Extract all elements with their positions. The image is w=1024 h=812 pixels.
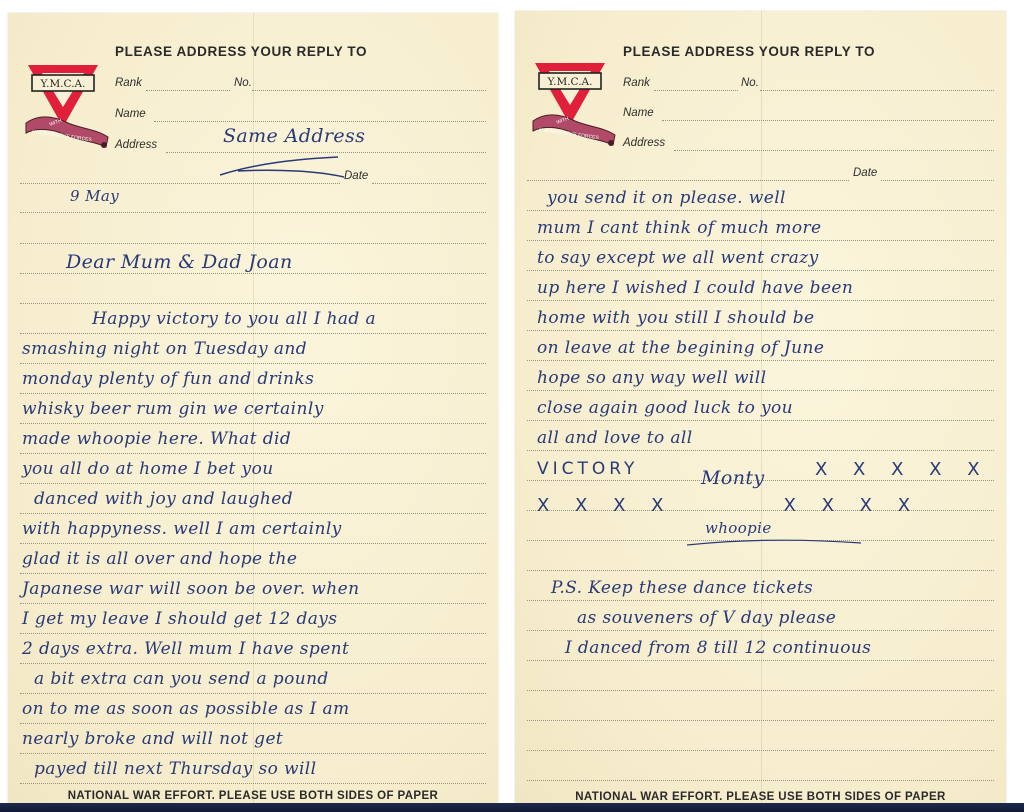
salutation: Dear Mum & Dad Joan [66,251,498,273]
rule-line [20,183,340,184]
body-line: hope so any way well will [537,368,1006,388]
address-value: Same Address [223,125,498,147]
body-line: I get my leave I should get 12 days [22,609,498,629]
body-line: Japanese war will soon be over. when [22,579,498,599]
rank-field [146,90,230,91]
footer-note: NATIONAL WAR EFFORT. PLEASE USE BOTH SID… [8,790,498,802]
name-label: Name [623,107,654,119]
rule-line [527,180,849,181]
postscript-line: I danced from 8 till 12 continuous [565,638,1006,658]
number-field [252,90,486,91]
number-label: No. [741,77,759,89]
body-line: up here I wished I could have been [537,278,1006,298]
body-line: you all do at home I bet you [22,459,498,479]
body-line: whisky beer rum gin we certainly [22,399,498,419]
kisses-row-1: X X X X X [815,459,990,480]
rank-label: Rank [623,77,650,89]
date-field [881,180,994,181]
body-line: to say except we all went crazy [537,248,1006,268]
letter-sheet-left: Y.M.C.A. WITH H.M.MAJESTY'S FORCES PLEAS… [8,13,498,803]
body-line: Happy victory to you all I had a [92,309,498,329]
address-label: Address [623,137,665,149]
body-line: glad it is all over and hope the [22,549,498,569]
date-value: 9 May [70,187,498,205]
body-line: mum I cant think of much more [537,218,1006,238]
rule-line [20,212,486,213]
form-header-title: PLEASE ADDRESS YOUR REPLY TO [623,44,875,59]
address-label: Address [115,139,157,151]
svg-text:Y.M.C.A.: Y.M.C.A. [40,78,86,90]
body-line: close again good luck to you [537,398,1006,418]
postscript-line: P.S. Keep these dance tickets [551,578,1006,598]
rank-label: Rank [115,77,142,89]
underline-stroke [685,537,865,547]
body-line: made whoopie here. What did [22,429,498,449]
name-label: Name [115,108,146,120]
ymca-logo-icon: Y.M.C.A. WITH H.M.MAJESTY'S FORCES [20,61,112,153]
number-label: No. [234,77,252,89]
name-field [662,120,994,121]
date-label: Date [344,170,368,182]
number-field [760,90,994,91]
body-line: home with you still I should be [537,308,1006,328]
form-header-title: PLEASE ADDRESS YOUR REPLY TO [115,44,367,59]
letter-sheet-right: Y.M.C.A. WITH H.M.MAJESTY'S FORCES PLEAS… [515,11,1006,803]
address-underline-stroke [218,153,348,179]
ymca-logo-icon: Y.M.C.A. WITH H.M.MAJESTY'S FORCES [527,59,619,151]
footer-note: NATIONAL WAR EFFORT. PLEASE USE BOTH SID… [515,791,1006,803]
body-line: a bit extra can you send a pound [34,669,498,689]
address-field [674,150,994,151]
body-line: all and love to all [537,428,1006,448]
body-line: monday plenty of fun and drinks [22,369,498,389]
body-line: 2 days extra. Well mum I have spent [22,639,498,659]
body-line: danced with joy and laughed [34,489,498,509]
postscript-line: as souveners of V day please [577,608,1006,628]
body-line: you send it on please. well [547,188,1006,208]
body-line: on leave at the begining of June [537,338,1006,358]
svg-text:Y.M.C.A.: Y.M.C.A. [547,76,593,88]
date-label: Date [853,167,877,179]
body-line: with happyness. well I am certainly [22,519,498,539]
body-line: on to me as soon as possible as I am [22,699,498,719]
body-line: payed till next Thursday so will [34,759,498,779]
exclamation: whoopie [705,519,1006,537]
body-line: smashing night on Tuesday and [22,339,498,359]
kisses-row-2: X X X X X X X X [537,495,920,516]
rank-field [654,90,738,91]
date-field [372,183,486,184]
name-field [154,121,486,122]
body-line: nearly broke and will not get [22,729,498,749]
scan-background-edge [0,803,1024,812]
